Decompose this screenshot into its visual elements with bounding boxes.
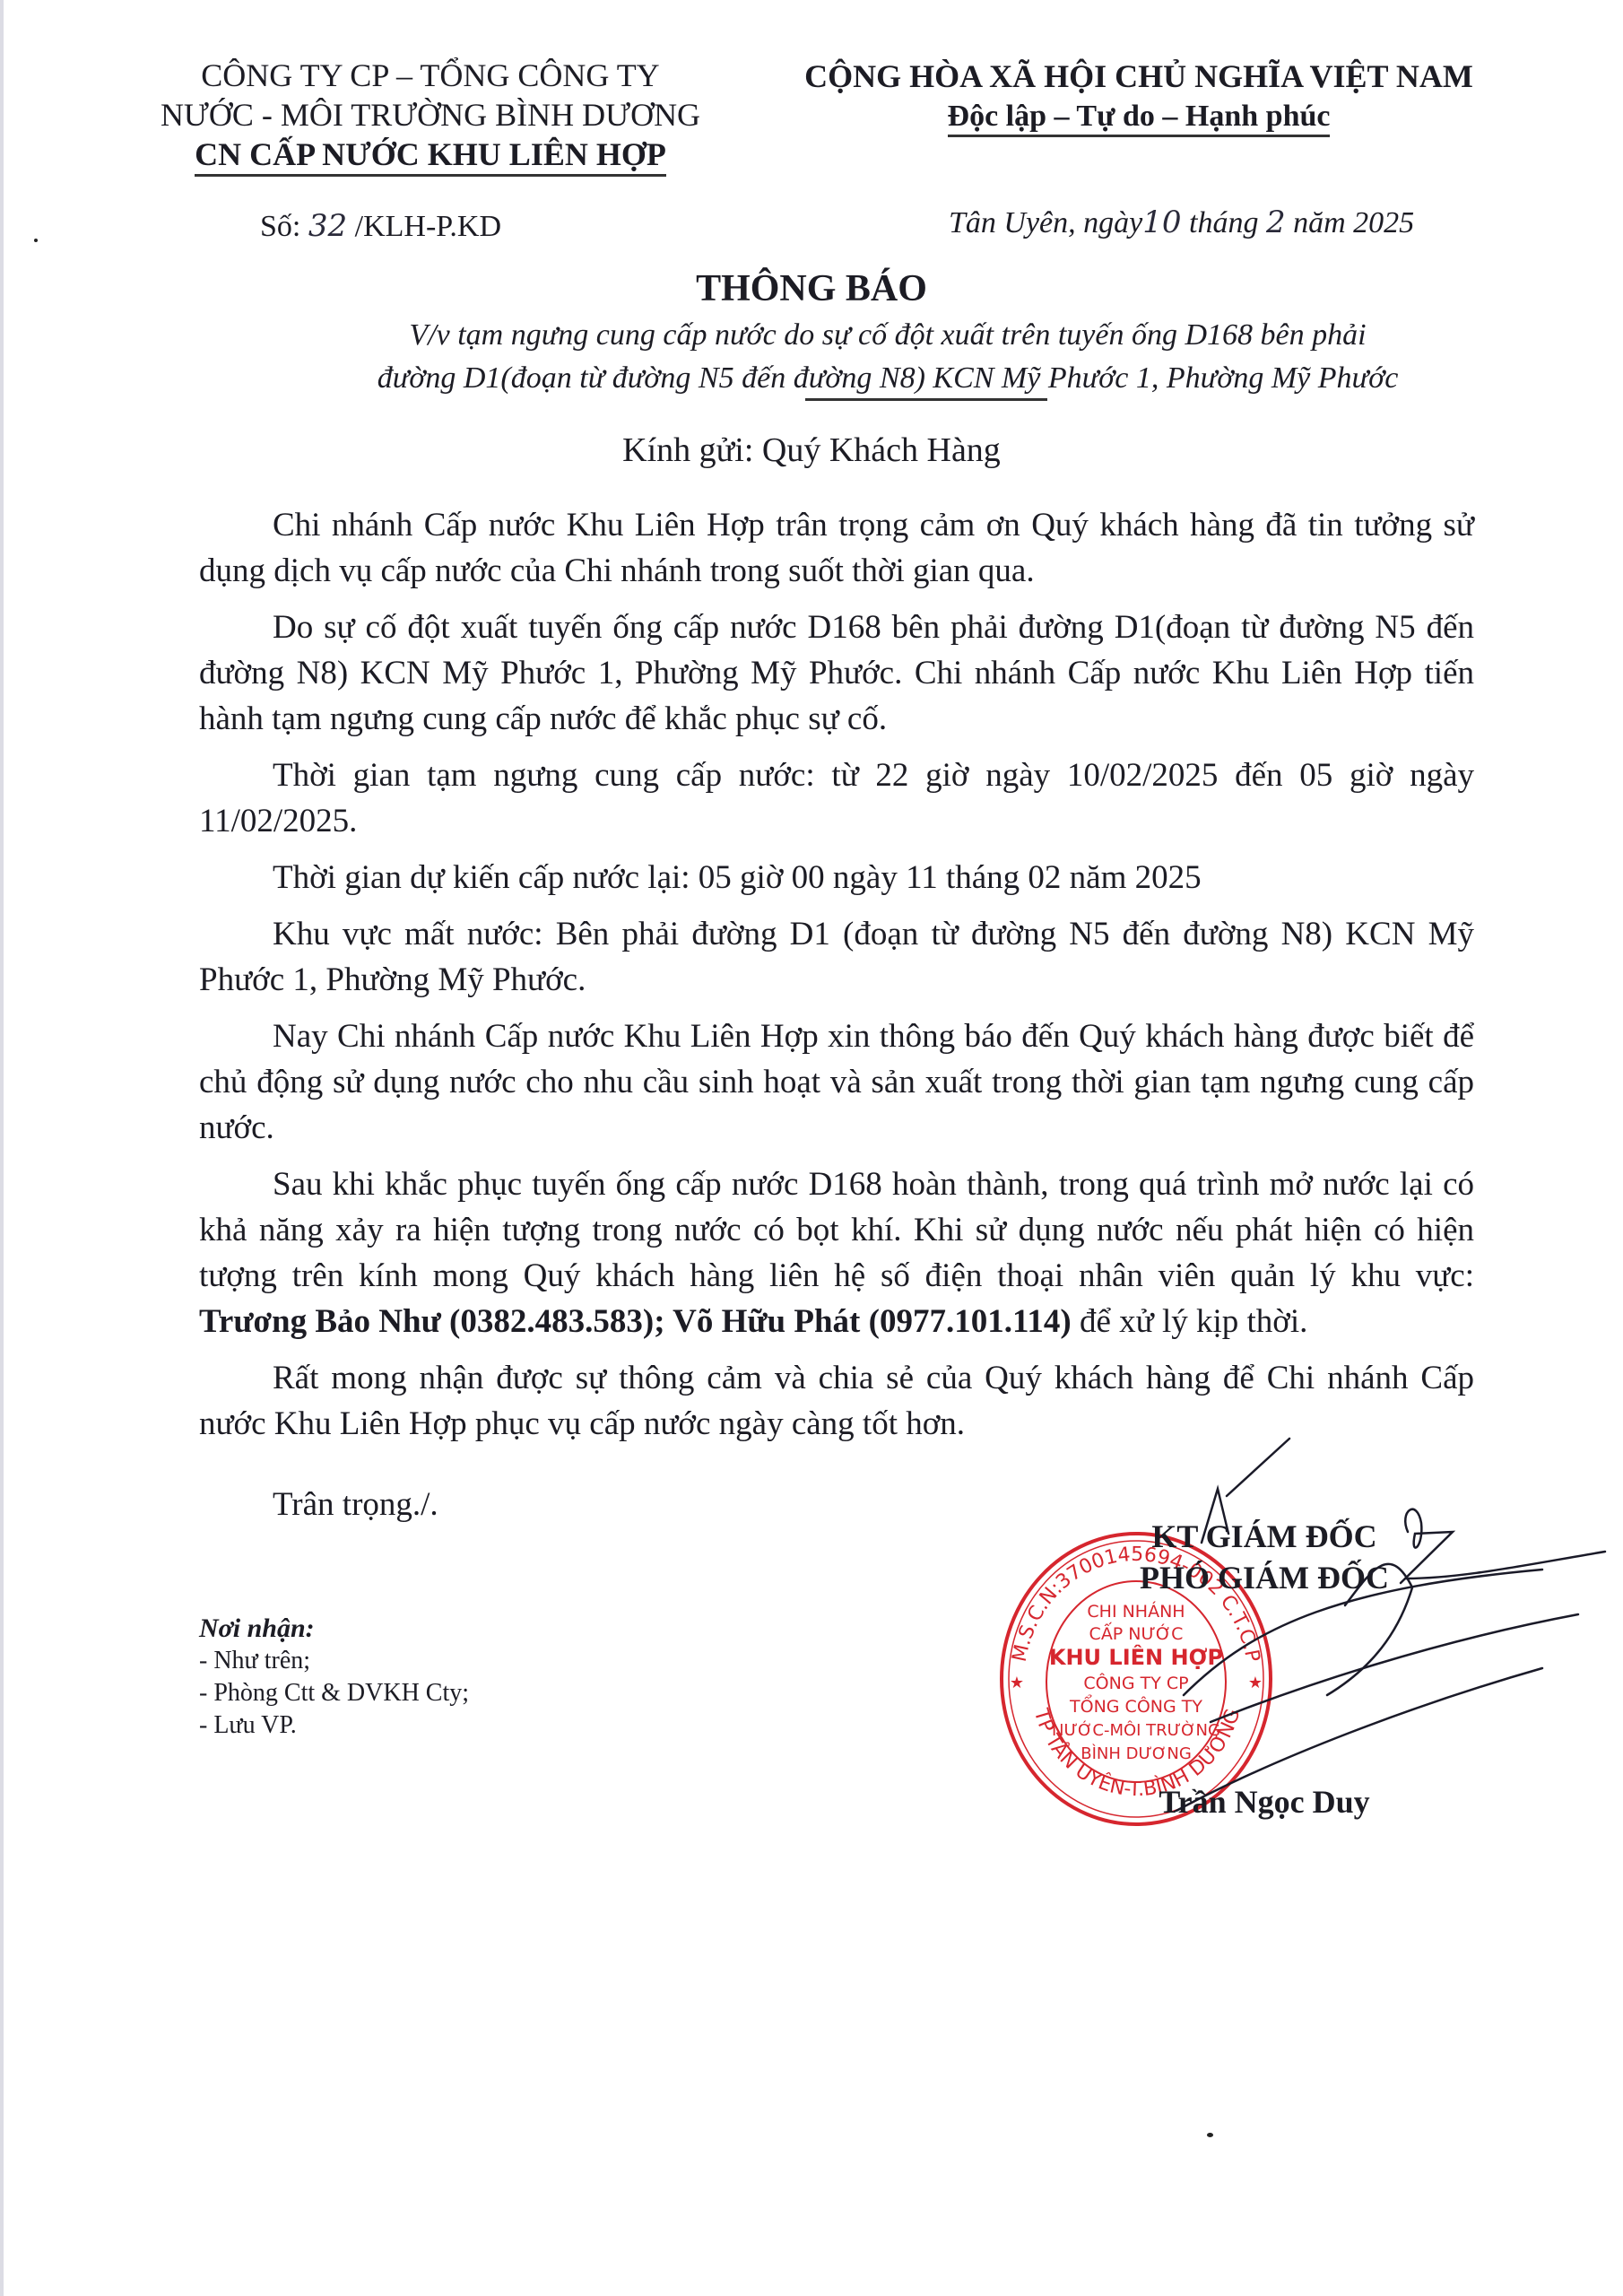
document-number: Số: 32 /KLH-P.KD bbox=[260, 208, 501, 244]
document-subject: V/v tạm ngưng cung cấp nước do sự cố đột… bbox=[323, 314, 1453, 400]
document-title: THÔNG BÁO bbox=[0, 267, 1623, 310]
paragraph-affected-area: Khu vực mất nước: Bên phải đường D1 (đoạ… bbox=[199, 911, 1474, 1003]
paragraph-outage-time: Thời gian tạm ngưng cung cấp nước: từ 22… bbox=[199, 752, 1474, 844]
paragraph-restore-time: Thời gian dự kiến cấp nước lại: 05 giờ 0… bbox=[199, 855, 1474, 900]
notice-body: Chi nhánh Cấp nước Khu Liên Hợp trân trọ… bbox=[199, 502, 1474, 1457]
recipients-heading: Nơi nhận: bbox=[199, 1613, 469, 1645]
handwritten-month: 2 bbox=[1266, 204, 1286, 240]
closing-regards: Trân trọng./. bbox=[273, 1485, 438, 1524]
signer-role-line-2: PHÓ GIÁM ĐỐC bbox=[1067, 1557, 1462, 1598]
nation-name: CỘNG HÒA XÃ HỘI CHỦ NGHĨA VIỆT NAM bbox=[780, 56, 1497, 97]
recipient-item: - Như trên; bbox=[199, 1645, 469, 1677]
national-header: CỘNG HÒA XÃ HỘI CHỦ NGHĨA VIỆT NAM Độc l… bbox=[780, 56, 1497, 136]
svg-text:TỔNG CÔNG TY: TỔNG CÔNG TY bbox=[1069, 1693, 1202, 1717]
issuer-header: CÔNG TY CP – TỔNG CÔNG TY NƯỚC - MÔI TRƯ… bbox=[143, 56, 717, 174]
svg-text:NƯỚC-MÔI TRƯỜNG: NƯỚC-MÔI TRƯỜNG bbox=[1052, 1720, 1220, 1740]
signer-name: Trần Ngọc Duy bbox=[1067, 1783, 1462, 1821]
salutation: Kính gửi: Quý Khách Hàng bbox=[0, 430, 1623, 470]
nation-motto: Độc lập – Tự do – Hạnh phúc bbox=[780, 97, 1497, 136]
handwritten-number: 32 bbox=[308, 208, 347, 244]
handwritten-day: 10 bbox=[1142, 204, 1181, 240]
paragraph-closing-remark: Rất mong nhận được sự thông cảm và chia … bbox=[199, 1355, 1474, 1447]
date-line: Tân Uyên, ngày10 tháng 2 năm 2025 bbox=[949, 204, 1414, 240]
svg-text:★: ★ bbox=[1248, 1674, 1263, 1692]
paragraph-incident: Do sự cố đột xuất tuyến ống cấp nước D16… bbox=[199, 604, 1474, 742]
signature-block: KT GIÁM ĐỐC PHÓ GIÁM ĐỐC Trần Ngọc Duy bbox=[1067, 1516, 1462, 1598]
paragraph-advice: Nay Chi nhánh Cấp nước Khu Liên Hợp xin … bbox=[199, 1013, 1474, 1151]
paragraph-contacts: Sau khi khắc phục tuyến ống cấp nước D16… bbox=[199, 1161, 1474, 1344]
recipients-block: Nơi nhận: - Như trên; - Phòng Ctt & DVKH… bbox=[199, 1613, 469, 1742]
recipient-item: - Lưu VP. bbox=[199, 1709, 469, 1742]
issuer-line-1: CÔNG TY CP – TỔNG CÔNG TY bbox=[143, 56, 717, 95]
scan-speck bbox=[34, 239, 38, 242]
paragraph-thanks: Chi nhánh Cấp nước Khu Liên Hợp trân trọ… bbox=[199, 502, 1474, 594]
contact-names-phones: Trương Bảo Như (0382.483.583); Võ Hữu Ph… bbox=[199, 1303, 1072, 1340]
svg-text:BÌNH DƯƠNG: BÌNH DƯƠNG bbox=[1081, 1744, 1192, 1763]
issuer-line-3: CN CẤP NƯỚC KHU LIÊN HỢP bbox=[143, 135, 717, 174]
svg-text:CÔNG TY CP: CÔNG TY CP bbox=[1083, 1672, 1188, 1693]
signer-role-line-1: KT GIÁM ĐỐC bbox=[1067, 1516, 1462, 1557]
subject-underline bbox=[805, 398, 1047, 401]
svg-text:★: ★ bbox=[1010, 1674, 1024, 1692]
recipient-item: - Phòng Ctt & DVKH Cty; bbox=[199, 1677, 469, 1709]
svg-text:CẤP NƯỚC: CẤP NƯỚC bbox=[1089, 1622, 1184, 1644]
scan-edge bbox=[0, 0, 4, 2296]
issuer-line-2: NƯỚC - MÔI TRƯỜNG BÌNH DƯƠNG bbox=[143, 95, 717, 135]
scan-speck bbox=[1207, 2133, 1213, 2137]
svg-text:CHI NHÁNH: CHI NHÁNH bbox=[1087, 1601, 1185, 1622]
svg-text:KHU LIÊN HỢP: KHU LIÊN HỢP bbox=[1049, 1644, 1223, 1670]
